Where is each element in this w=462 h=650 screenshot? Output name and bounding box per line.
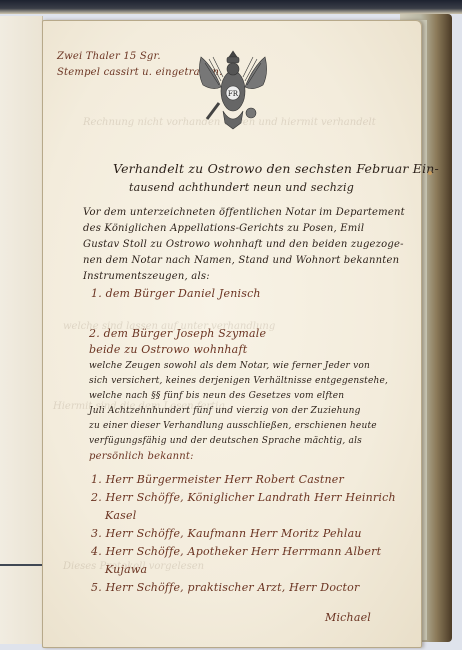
body-line: welche nach §§ fünf bis neun des Gesetze… <box>89 391 344 401</box>
body-line: sich versichert, keines derjenigen Verhä… <box>89 376 388 386</box>
prussian-eagle-icon: FR <box>193 47 273 143</box>
body-line: verfügungsfähig und der deutschen Sprach… <box>89 436 362 446</box>
body-line: nen dem Notar nach Namen, Stand und Wohn… <box>83 255 399 266</box>
scan-top-edge <box>0 0 462 14</box>
body-line: beide zu Ostrowo wohnhaft <box>89 343 247 356</box>
person-4-surname: Kujawa <box>105 563 147 576</box>
facing-page-rule <box>0 564 42 566</box>
person-1: 1. Herr Bürgermeister Herr Robert Castne… <box>91 473 344 486</box>
body-line: Vor dem unterzeichneten öffentlichen Not… <box>83 207 405 218</box>
body-line: Verhandelt zu Ostrowo den sechsten Febru… <box>113 161 439 176</box>
witness-2: 2. dem Bürger Joseph Szymale <box>89 327 266 340</box>
person-3: 3. Herr Schöffe, Kaufmann Herr Moritz Pe… <box>91 527 362 540</box>
body-line: persönlich bekannt: <box>89 451 194 462</box>
person-2-surname: Kasel <box>105 509 136 522</box>
body-line: Juli Achtzehnhundert fünf und vierzig vo… <box>89 406 361 416</box>
document-page: Rechnung nicht vorhanden waren und hierm… <box>42 20 422 648</box>
fee-note: Zwei Thaler 15 Sgr. <box>57 51 161 62</box>
body-line: welche Zeugen sowohl als dem Notar, wie … <box>89 361 370 371</box>
witness-1: 1. dem Bürger Daniel Jenisch <box>91 287 261 300</box>
facing-page-left <box>0 16 43 644</box>
body-line: zu einer dieser Verhandlung ausschließen… <box>89 421 377 431</box>
person-5: 5. Herr Schöffe, praktischer Arzt, Herr … <box>91 581 359 594</box>
paper-stain <box>428 171 432 175</box>
body-line: tausend achthundert neun und sechzig <box>129 181 354 194</box>
person-2: 2. Herr Schöffe, Königlicher Landrath He… <box>91 491 396 504</box>
body-line: Gustav Stoll zu Ostrowo wohnhaft und den… <box>83 239 404 250</box>
person-4: 4. Herr Schöffe, Apotheker Herr Herrmann… <box>91 545 381 558</box>
svg-text:FR: FR <box>228 90 239 98</box>
body-line: des Königlichen Appellations-Gerichts zu… <box>83 223 364 234</box>
body-line: Instrumentszeugen, als: <box>83 271 210 282</box>
person-5-surname: Michael <box>325 611 371 624</box>
